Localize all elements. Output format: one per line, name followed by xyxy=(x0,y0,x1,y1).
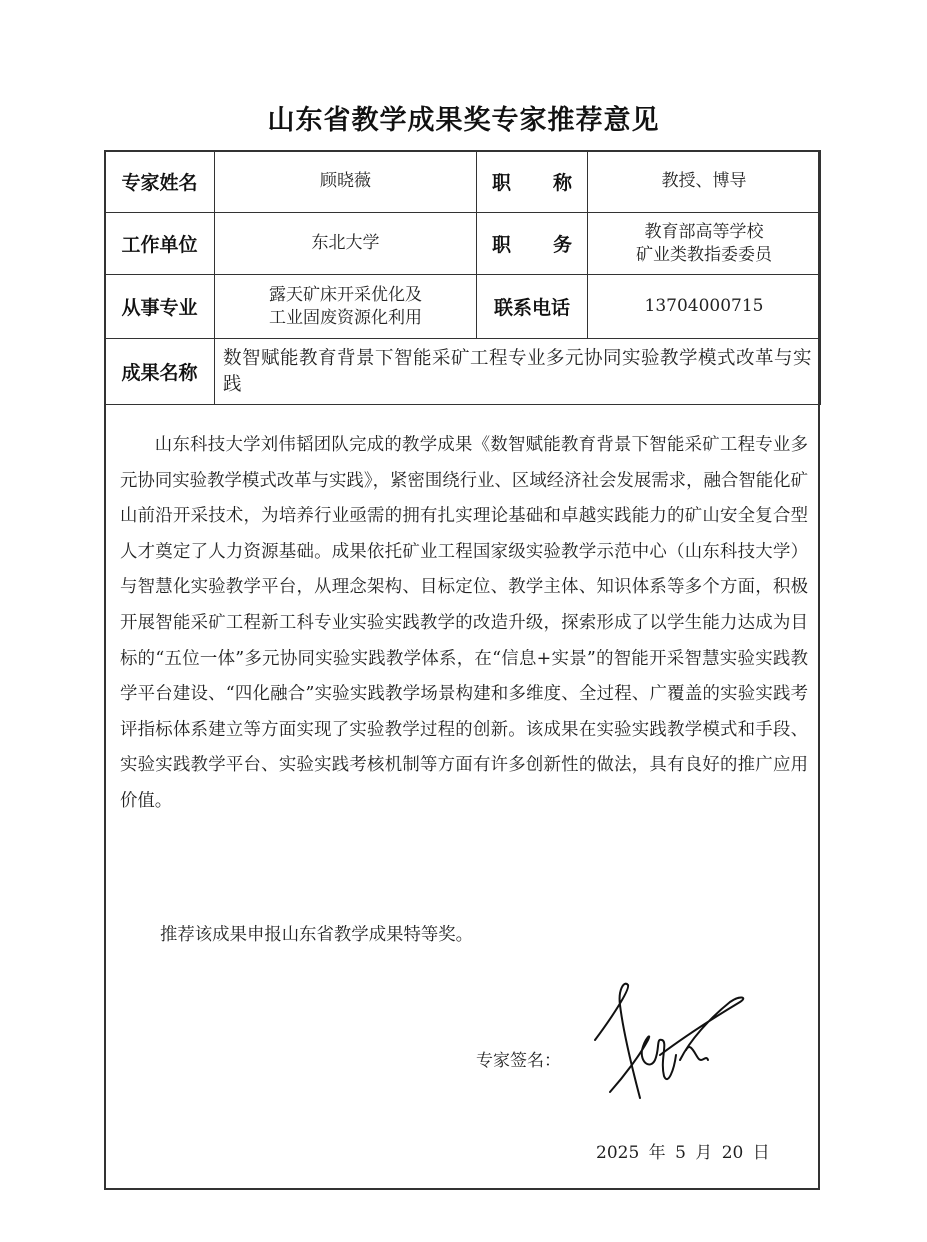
handwritten-signature xyxy=(590,980,750,1110)
work-unit-label: 工作单位 xyxy=(105,213,215,275)
specialty-label: 从事专业 xyxy=(105,275,215,339)
phone-label: 联系电话 xyxy=(477,275,588,339)
signature-label: 专家签名： xyxy=(476,1046,561,1071)
opinion-body: 山东科技大学刘伟韬团队完成的教学成果《数智赋能教育背景下智能采矿工程专业多元协同… xyxy=(120,428,808,820)
info-table: 专家姓名 顾晓薇 职称 教授、博导 工作单位 东北大学 职务 教育部高等学校矿业… xyxy=(104,150,821,405)
position-label: 职务 xyxy=(477,213,588,275)
row-work-unit: 工作单位 东北大学 职务 教育部高等学校矿业类教指委委员 xyxy=(105,213,821,275)
expert-name-value: 顾晓薇 xyxy=(215,151,477,213)
specialty-value: 露天矿床开采优化及工业固废资源化利用 xyxy=(215,275,477,339)
row-achievement: 成果名称 数智赋能教育背景下智能采矿工程专业多元协同实验教学模式改革与实践 xyxy=(105,339,821,405)
title-label: 职称 xyxy=(477,151,588,213)
opinion-paragraph: 山东科技大学刘伟韬团队完成的教学成果《数智赋能教育背景下智能采矿工程专业多元协同… xyxy=(120,428,808,820)
expert-name-label: 专家姓名 xyxy=(105,151,215,213)
position-value: 教育部高等学校矿业类教指委委员 xyxy=(588,213,821,275)
row-specialty: 从事专业 露天矿床开采优化及工业固废资源化利用 联系电话 13704000715 xyxy=(105,275,821,339)
achievement-name: 数智赋能教育背景下智能采矿工程专业多元协同实验教学模式改革与实践 xyxy=(215,339,821,405)
work-unit-value: 东北大学 xyxy=(215,213,477,275)
achievement-label: 成果名称 xyxy=(105,339,215,405)
title-value: 教授、博导 xyxy=(588,151,821,213)
phone-value: 13704000715 xyxy=(588,275,821,339)
recommendation-text: 推荐该成果申报山东省教学成果特等奖。 xyxy=(160,920,473,945)
date: 2025 年 5 月 20 日 xyxy=(596,1138,770,1163)
row-expert-name: 专家姓名 顾晓薇 职称 教授、博导 xyxy=(105,151,821,213)
document-title: 山东省教学成果奖专家推荐意见 xyxy=(0,98,927,137)
